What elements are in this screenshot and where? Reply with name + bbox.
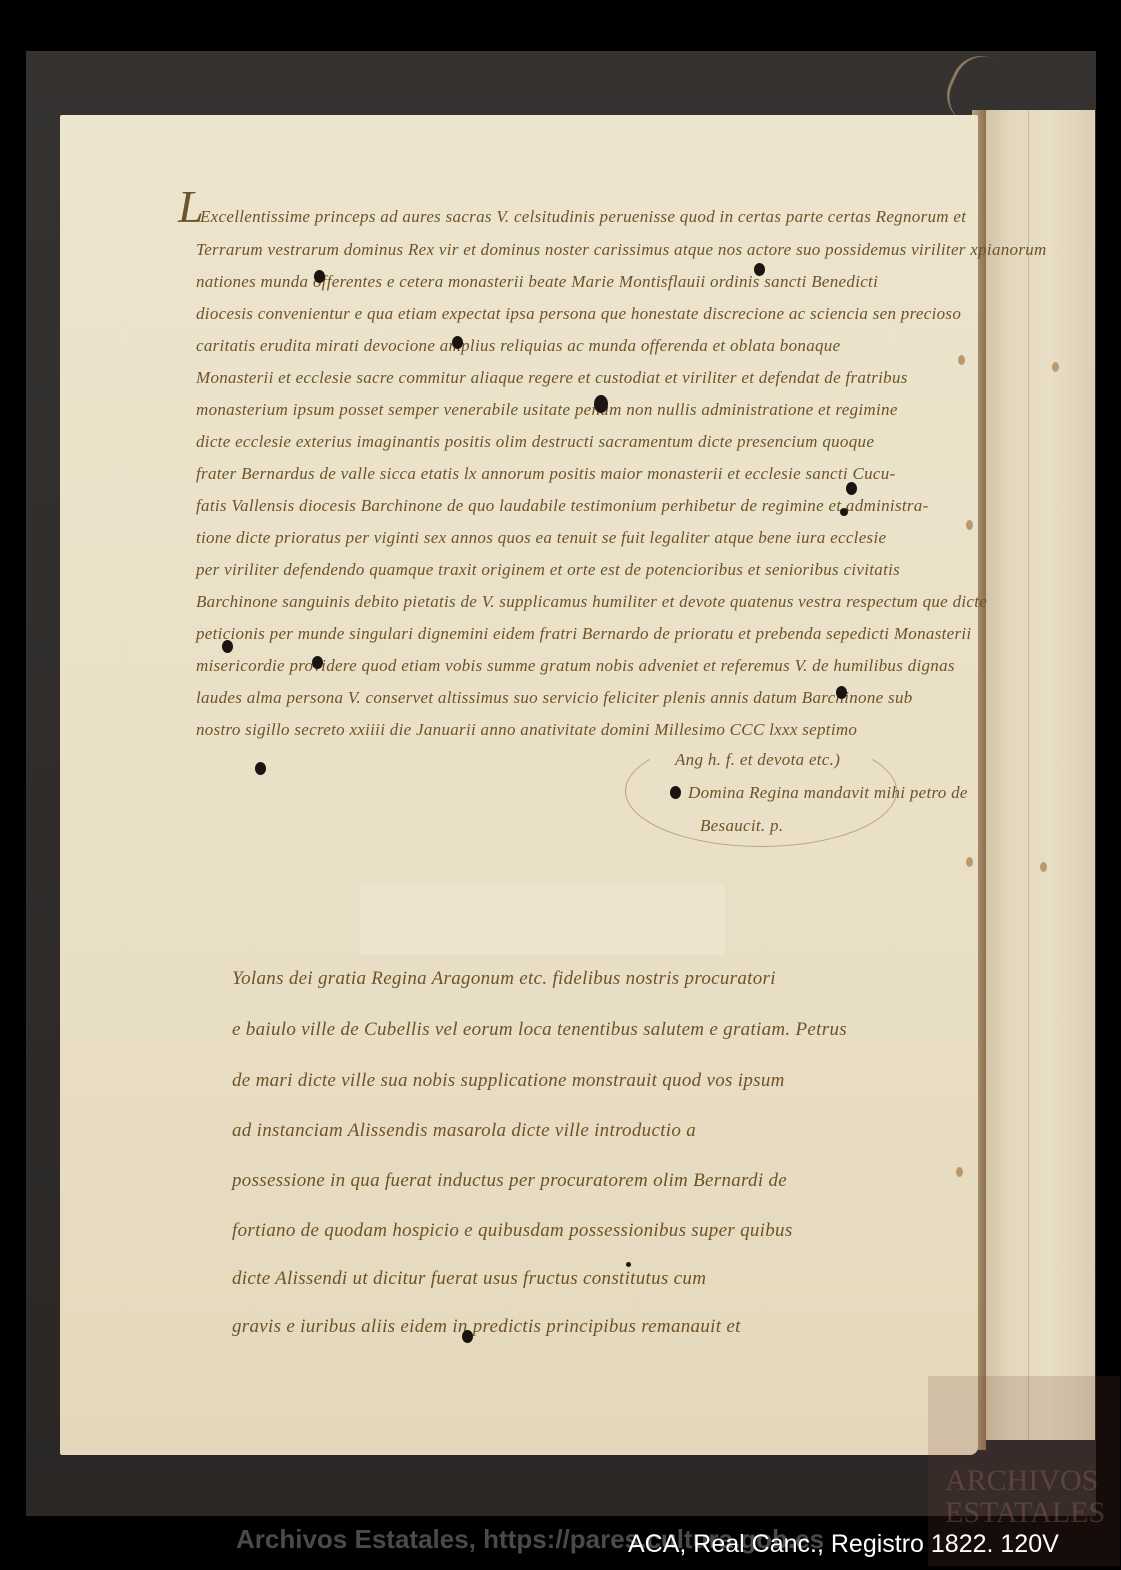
facing-page: [980, 110, 1095, 1440]
letter-line: frater Bernardus de valle sicca etatis l…: [196, 464, 896, 484]
edge-hole: [956, 1167, 963, 1177]
wormhole: [462, 1330, 473, 1343]
archive-stamp-text: ARCHIVOS ESTATALES: [945, 1465, 1105, 1529]
wormhole: [670, 786, 681, 799]
letter-line: Excellentissime princeps ad aures sacras…: [200, 207, 966, 227]
letter-line: per viriliter defendendo quamque traxit …: [196, 560, 900, 580]
letter-line: Monasterii et ecclesie sacre commitur al…: [196, 368, 908, 388]
edge-hole: [1040, 862, 1047, 872]
order-line: de mari dicte ville sua nobis supplicati…: [232, 1070, 785, 1092]
letter-line: peticionis per munde singulari dignemini…: [196, 624, 971, 644]
wormhole: [754, 263, 765, 276]
stamp-line: ARCHIVOS: [945, 1465, 1105, 1497]
wormhole: [626, 1262, 631, 1267]
letter-line: fatis Vallensis diocesis Barchinone de q…: [196, 496, 929, 516]
letter-line: monasterium ipsum posset semper venerabi…: [196, 400, 898, 420]
wormhole: [846, 482, 857, 495]
letter-line: laudes alma persona V. conservet altissi…: [196, 688, 913, 708]
order-line: e baiulo ville de Cubellis vel eorum loc…: [232, 1019, 847, 1041]
order-line: dicte Alissendi ut dicitur fuerat usus f…: [232, 1268, 706, 1290]
letter-line: Terrarum vestrarum dominus Rex vir et do…: [196, 240, 1047, 260]
letter-line: diocesis convenientur e qua etiam expect…: [196, 304, 961, 324]
wormhole: [452, 336, 463, 349]
document-reference-caption: ACA, Real Canc., Registro 1822. 120V: [628, 1530, 1059, 1559]
wormhole: [836, 686, 847, 699]
order-line: possessione in qua fuerat inductus per p…: [232, 1170, 787, 1192]
edge-hole: [1052, 362, 1059, 372]
wormhole: [312, 656, 323, 669]
order-line: gravis e iuribus aliis eidem in predicti…: [232, 1316, 741, 1338]
wormhole: [314, 270, 325, 283]
order-line: fortiano de quodam hospicio e quibusdam …: [232, 1220, 793, 1242]
annotation-line: Domina Regina mandavit mihi petro de: [688, 783, 968, 803]
wormhole: [255, 762, 266, 775]
letter-line: Barchinone sanguinis debito pietatis de …: [196, 592, 987, 612]
order-line: Yolans dei gratia Regina Aragonum etc. f…: [232, 968, 776, 990]
letter-line: tione dicte prioratus per viginti sex an…: [196, 528, 886, 548]
wormhole: [594, 395, 608, 413]
edge-hole: [958, 355, 965, 365]
stamp-line: ESTATALES: [945, 1497, 1105, 1529]
wormhole: [840, 508, 848, 516]
annotation-line: Ang h. f. et devota etc.): [675, 750, 840, 770]
edge-hole: [966, 520, 973, 530]
paper-patch: [360, 885, 725, 955]
edge-hole: [966, 857, 973, 867]
letter-line: misericordie providere quod etiam vobis …: [196, 656, 955, 676]
order-line: ad instanciam Alissendis masarola dicte …: [232, 1120, 696, 1142]
wormhole: [222, 640, 233, 653]
annotation-line: Besaucit. p.: [700, 816, 783, 836]
letter-line: nationes munda offerentes e cetera monas…: [196, 272, 878, 292]
letter-line: caritatis erudita mirati devocione ampli…: [196, 336, 840, 356]
letter-line: dicte ecclesie exterius imaginantis posi…: [196, 432, 874, 452]
